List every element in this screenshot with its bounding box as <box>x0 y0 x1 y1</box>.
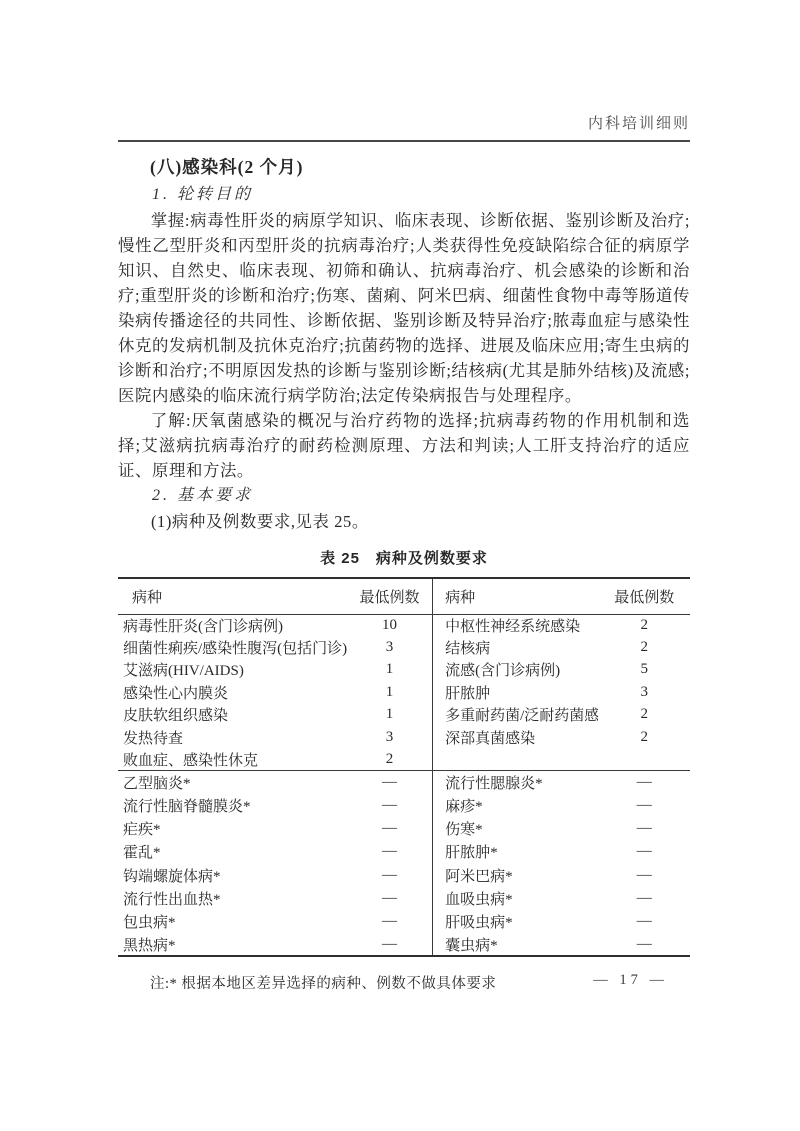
document-page: 内科培训细则 (八)感染科(2 个月) 1. 轮转目的 掌握:病毒性肝炎的病原学… <box>0 0 800 1131</box>
min-cases-cell: — <box>598 794 690 817</box>
running-header: 内科培训细则 <box>588 112 690 133</box>
disease-name-cell: 中枢性神经系统感染 <box>433 614 599 636</box>
disease-name-cell: 发热待查 <box>118 726 347 748</box>
min-cases-cell: 5 <box>598 659 690 681</box>
min-cases-cell: — <box>347 817 433 840</box>
page-content: (八)感染科(2 个月) 1. 轮转目的 掌握:病毒性肝炎的病原学知识、临床表现… <box>118 154 690 993</box>
disease-name-cell: 多重耐药菌/泛耐药菌感染 <box>433 704 599 726</box>
disease-name-cell: 疟疾* <box>118 817 347 840</box>
min-cases-cell: — <box>598 887 690 910</box>
min-cases-cell: 3 <box>598 681 690 703</box>
table-row: 疟疾*—伤寒*— <box>118 817 690 840</box>
disease-name-cell: 皮肤软组织感染 <box>118 704 347 726</box>
min-cases-cell: — <box>598 910 690 933</box>
min-cases-cell: 2 <box>598 636 690 658</box>
disease-name-cell: 乙型脑炎* <box>118 771 347 794</box>
disease-name-cell: 深部真菌感染 <box>433 726 599 748</box>
min-cases-cell: 1 <box>347 704 433 726</box>
disease-case-table: 病种 最低例数 病种 最低例数 病毒性肝炎(含门诊病例)10中枢性神经系统感染2… <box>118 577 690 957</box>
disease-name-cell: 黑热病* <box>118 933 347 956</box>
subsection-rotation-purpose: 1. 轮转目的 <box>118 182 690 208</box>
disease-name-cell <box>433 748 599 770</box>
min-cases-cell: — <box>347 840 433 863</box>
table-title: 表 25 病种及例数要求 <box>118 547 690 568</box>
min-cases-cell: — <box>598 817 690 840</box>
min-cases-cell <box>598 748 690 770</box>
disease-name-cell: 流行性腮腺炎* <box>433 771 599 794</box>
subsection-basic-requirements: 2. 基本要求 <box>118 483 690 509</box>
disease-name-cell: 艾滋病(HIV/AIDS) <box>118 659 347 681</box>
min-cases-cell: 3 <box>347 726 433 748</box>
min-cases-cell: 1 <box>347 659 433 681</box>
table-row: 感染性心内膜炎1肝脓肿3 <box>118 681 690 703</box>
header-rule <box>118 140 690 142</box>
min-cases-cell: 2 <box>598 614 690 636</box>
header-min-cases-left: 最低例数 <box>347 578 433 614</box>
table-row: 包虫病*—肝吸虫病*— <box>118 910 690 933</box>
disease-name-cell: 流感(含门诊病例) <box>433 659 599 681</box>
paragraph-master: 掌握:病毒性肝炎的病原学知识、临床表现、诊断依据、鉴别诊断及治疗;慢性乙型肝炎和… <box>118 208 690 408</box>
disease-name-cell: 钩端螺旋体病* <box>118 863 347 886</box>
table-body-optional: 乙型脑炎*—流行性腮腺炎*—流行性脑脊髓膜炎*—麻疹*—疟疾*—伤寒*—霍乱*—… <box>118 771 690 957</box>
min-cases-cell: — <box>347 910 433 933</box>
table-header: 病种 最低例数 病种 最低例数 <box>118 578 690 614</box>
disease-name-cell: 阿米巴病* <box>433 863 599 886</box>
table-row: 流行性出血热*—血吸虫病*— <box>118 887 690 910</box>
section-title: (八)感染科(2 个月) <box>118 154 690 180</box>
table-row: 艾滋病(HIV/AIDS)1流感(含门诊病例)5 <box>118 659 690 681</box>
table-row: 黑热病*—囊虫病*— <box>118 933 690 956</box>
header-disease-left: 病种 <box>118 578 347 614</box>
page-number: — 17 — <box>593 972 668 989</box>
min-cases-cell: 2 <box>598 726 690 748</box>
table-row: 乙型脑炎*—流行性腮腺炎*— <box>118 771 690 794</box>
item-disease-case-requirement: (1)病种及例数要求,见表 25。 <box>118 509 690 535</box>
disease-name-cell: 霍乱* <box>118 840 347 863</box>
disease-name-cell: 感染性心内膜炎 <box>118 681 347 703</box>
min-cases-cell: 10 <box>347 614 433 636</box>
min-cases-cell: 2 <box>347 748 433 770</box>
table-header-row: 病种 最低例数 病种 最低例数 <box>118 578 690 614</box>
disease-name-cell: 细菌性痢疾/感染性腹泻(包括门诊) <box>118 636 347 658</box>
min-cases-cell: — <box>598 863 690 886</box>
header-min-cases-right: 最低例数 <box>598 578 690 614</box>
table-row: 流行性脑脊髓膜炎*—麻疹*— <box>118 794 690 817</box>
min-cases-cell: — <box>598 840 690 863</box>
disease-name-cell: 流行性出血热* <box>118 887 347 910</box>
disease-name-cell: 病毒性肝炎(含门诊病例) <box>118 614 347 636</box>
disease-name-cell: 包虫病* <box>118 910 347 933</box>
min-cases-cell: — <box>347 933 433 956</box>
table-row: 细菌性痢疾/感染性腹泻(包括门诊)3结核病2 <box>118 636 690 658</box>
table-row: 败血症、感染性休克2 <box>118 748 690 770</box>
header-disease-right: 病种 <box>433 578 599 614</box>
paragraph-understand: 了解:厌氧菌感染的概况与治疗药物的选择;抗病毒药物的作用机制和选择;艾滋病抗病毒… <box>118 408 690 483</box>
disease-name-cell: 败血症、感染性休克 <box>118 748 347 770</box>
disease-name-cell: 肝吸虫病* <box>433 910 599 933</box>
min-cases-cell: 3 <box>347 636 433 658</box>
disease-name-cell: 囊虫病* <box>433 933 599 956</box>
table-row: 霍乱*—肝脓肿*— <box>118 840 690 863</box>
disease-name-cell: 麻疹* <box>433 794 599 817</box>
table-row: 皮肤软组织感染1多重耐药菌/泛耐药菌感染2 <box>118 704 690 726</box>
min-cases-cell: — <box>347 863 433 886</box>
disease-name-cell: 结核病 <box>433 636 599 658</box>
disease-name-cell: 血吸虫病* <box>433 887 599 910</box>
min-cases-cell: — <box>598 771 690 794</box>
disease-name-cell: 流行性脑脊髓膜炎* <box>118 794 347 817</box>
min-cases-cell: 2 <box>598 704 690 726</box>
table-body-required: 病毒性肝炎(含门诊病例)10中枢性神经系统感染2细菌性痢疾/感染性腹泻(包括门诊… <box>118 614 690 771</box>
table-row: 钩端螺旋体病*—阿米巴病*— <box>118 863 690 886</box>
min-cases-cell: — <box>347 771 433 794</box>
table-row: 发热待查3深部真菌感染2 <box>118 726 690 748</box>
min-cases-cell: — <box>347 794 433 817</box>
min-cases-cell: 1 <box>347 681 433 703</box>
min-cases-cell: — <box>598 933 690 956</box>
disease-name-cell: 肝脓肿* <box>433 840 599 863</box>
table-row: 病毒性肝炎(含门诊病例)10中枢性神经系统感染2 <box>118 614 690 636</box>
disease-name-cell: 肝脓肿 <box>433 681 599 703</box>
disease-name-cell: 伤寒* <box>433 817 599 840</box>
min-cases-cell: — <box>347 887 433 910</box>
